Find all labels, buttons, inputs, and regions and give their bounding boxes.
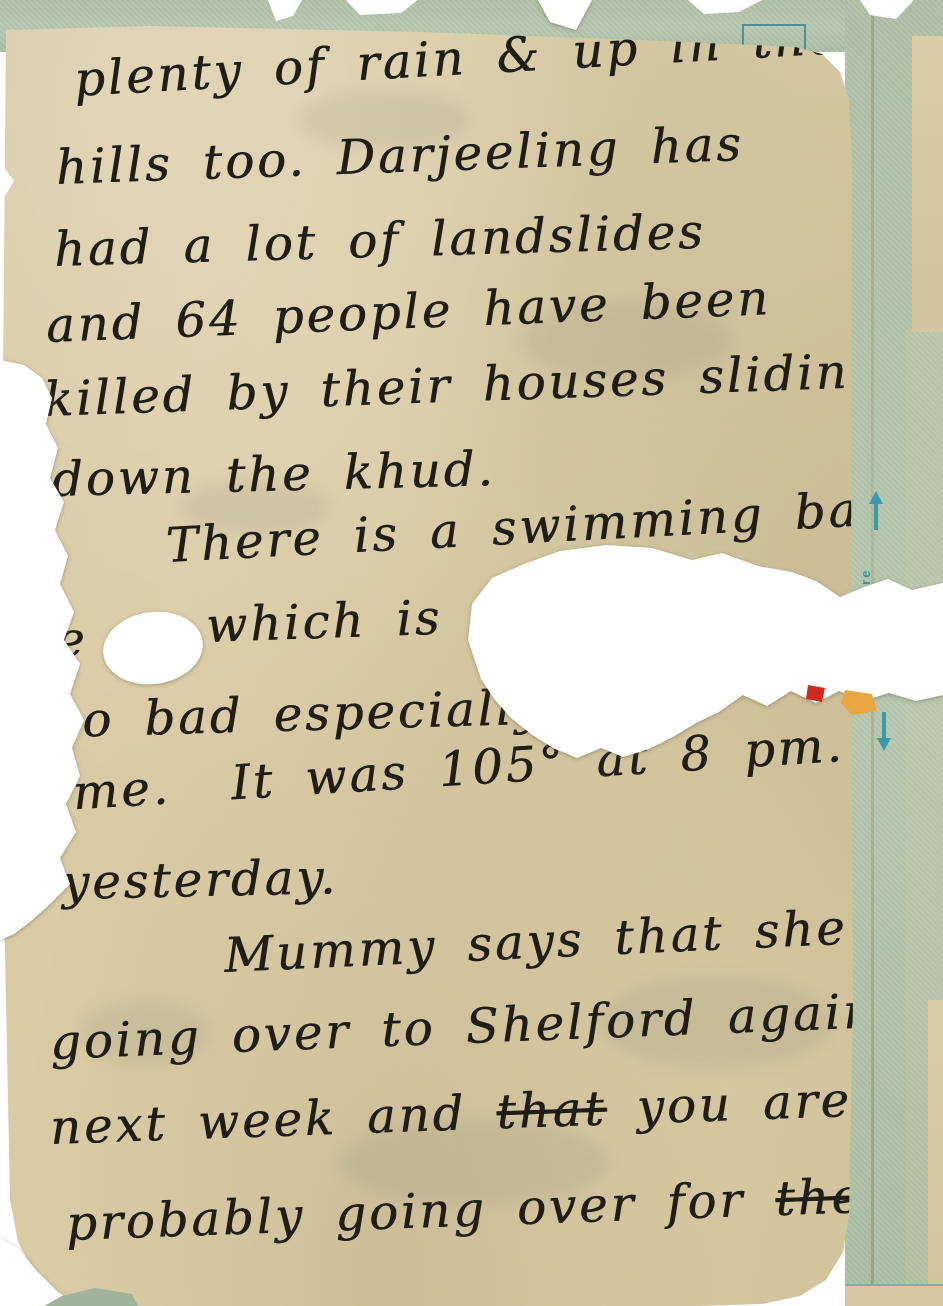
torn-corner <box>0 1238 70 1306</box>
red-ink-mark <box>806 685 825 702</box>
torn-hole <box>98 605 207 690</box>
torn-areas-overlay <box>0 0 943 1306</box>
torn-notch <box>268 0 302 21</box>
torn-notch <box>538 0 592 30</box>
torn-notch <box>860 0 914 19</box>
torn-notch <box>346 0 418 15</box>
torn-edge-left <box>0 360 84 940</box>
torn-notch <box>688 0 762 14</box>
torn-hole-center <box>468 545 943 758</box>
letter-scan: here plenty of rain & up in the hills to… <box>0 0 943 1306</box>
torn-notch <box>0 162 14 204</box>
